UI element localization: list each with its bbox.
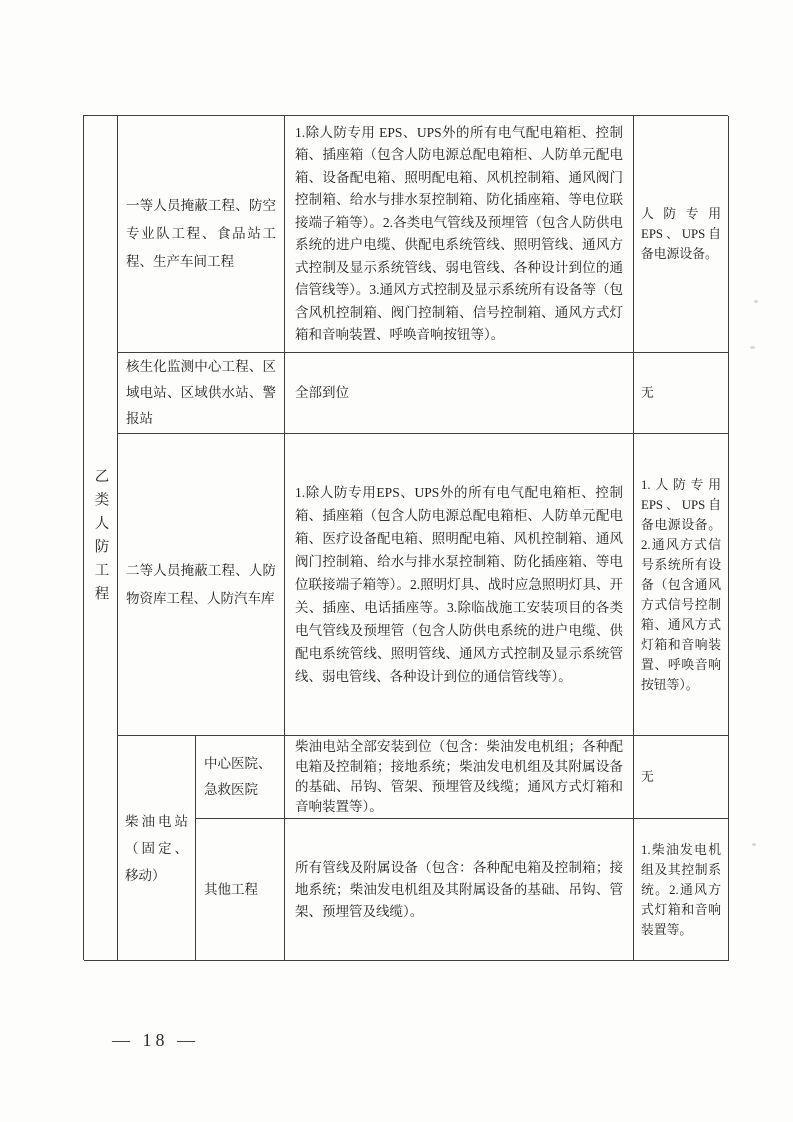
project-cell-first-class-shelter: 一等人员掩蔽工程、防空专业队工程、食品站工程、生产车间工程 <box>118 116 285 353</box>
category-label: 乙类人防工程 <box>90 468 112 609</box>
civil-defense-requirements-table: 乙类人防工程 一等人员掩蔽工程、防空专业队工程、食品站工程、生产车间工程 1.除… <box>83 115 728 960</box>
scan-speck <box>754 300 758 303</box>
page-number: — 18 — <box>112 1030 199 1051</box>
scanned-document-page: 乙类人防工程 一等人员掩蔽工程、防空专业队工程、食品站工程、生产车间工程 1.除… <box>0 0 793 1122</box>
scope-cell-central-hospital: 中心医院、急救医院 <box>196 736 285 819</box>
project-cell-second-class-shelter: 二等人员掩蔽工程、人防物资库工程、人防汽车库 <box>118 434 285 736</box>
content-cell-central-hospital: 柴油电站全部安装到位（包含：柴油发电机组；各种配电箱及控制箱；接地系统；柴油发电… <box>285 736 634 819</box>
content-cell-other-projects: 所有管线及附属设备（包含：各种配电箱及控制箱；接地系统；柴油发电机组及其附属设备… <box>285 819 634 961</box>
scope-cell-other-projects: 其他工程 <box>196 819 285 961</box>
note-cell-second-class-shelter: 1.人防专用EPS、UPS自备电源设备。2.通风方式信号系统所有设备（包含通风方… <box>634 434 729 736</box>
project-cell-diesel-power-station: 柴油电站（固定、移动） <box>118 736 196 961</box>
note-cell-monitoring-center: 无 <box>634 353 729 434</box>
category-cell: 乙类人防工程 <box>84 116 118 961</box>
content-cell-first-class-shelter: 1.除人防专用 EPS、UPS外的所有电气配电箱柜、控制箱、插座箱（包含人防电源… <box>285 116 634 353</box>
content-cell-second-class-shelter: 1.除人防专用EPS、UPS外的所有电气配电箱柜、控制箱、插座箱（包含人防电源总… <box>285 434 634 736</box>
content-cell-monitoring-center: 全部到位 <box>285 353 634 434</box>
note-cell-first-class-shelter: 人防专用EPS、UPS自备电源设备。 <box>634 116 729 353</box>
project-cell-monitoring-center: 核生化监测中心工程、区域电站、区域供水站、警报站 <box>118 353 285 434</box>
note-cell-other-projects: 1.柴油发电机组及其控制系统。2.通风方式灯箱和音响装置等。 <box>634 819 729 961</box>
scan-speck <box>752 843 756 846</box>
scan-speck <box>750 346 755 349</box>
note-cell-central-hospital: 无 <box>634 736 729 819</box>
